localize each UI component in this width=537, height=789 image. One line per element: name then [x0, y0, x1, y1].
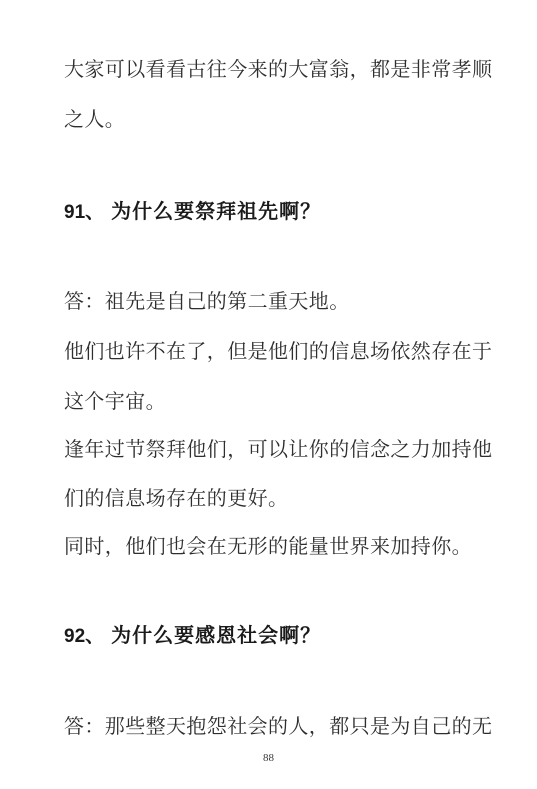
- section-91-answer-line: 这个宇宙。: [64, 390, 166, 414]
- section-91-answer-line: 逢年过节祭拜他们，可以让你的信念之力加持他: [64, 438, 492, 462]
- section-91-title: 为什么要祭拜祖先啊？: [111, 201, 321, 223]
- section-91-answer-line: 他们也许不在了，但是他们的信息场依然存在于: [64, 340, 492, 364]
- section-91-answer-line: 们的信息场存在的更好。: [64, 487, 288, 511]
- section-91-number: 91、: [64, 202, 104, 223]
- section-92-heading: 92、为什么要感恩社会啊？: [64, 624, 321, 649]
- document-page: 大家可以看看古往今来的大富翁，都是非常孝顺 之人。 91、为什么要祭拜祖先啊？ …: [0, 0, 537, 789]
- intro-paragraph-line: 大家可以看看古往今来的大富翁，都是非常孝顺: [64, 58, 492, 82]
- page-number: 88: [0, 752, 537, 764]
- section-91-answer-line: 答：祖先是自己的第二重天地。: [64, 290, 350, 314]
- section-91-answer-line: 同时，他们也会在无形的能量世界来加持你。: [64, 535, 472, 559]
- section-92-title: 为什么要感恩社会啊？: [111, 625, 321, 647]
- section-92-number: 92、: [64, 626, 104, 647]
- section-92-answer-line: 答：那些整天抱怨社会的人，都只是为自己的无: [64, 715, 492, 739]
- section-91-heading: 91、为什么要祭拜祖先啊？: [64, 200, 321, 225]
- intro-paragraph-line: 之人。: [64, 108, 125, 132]
